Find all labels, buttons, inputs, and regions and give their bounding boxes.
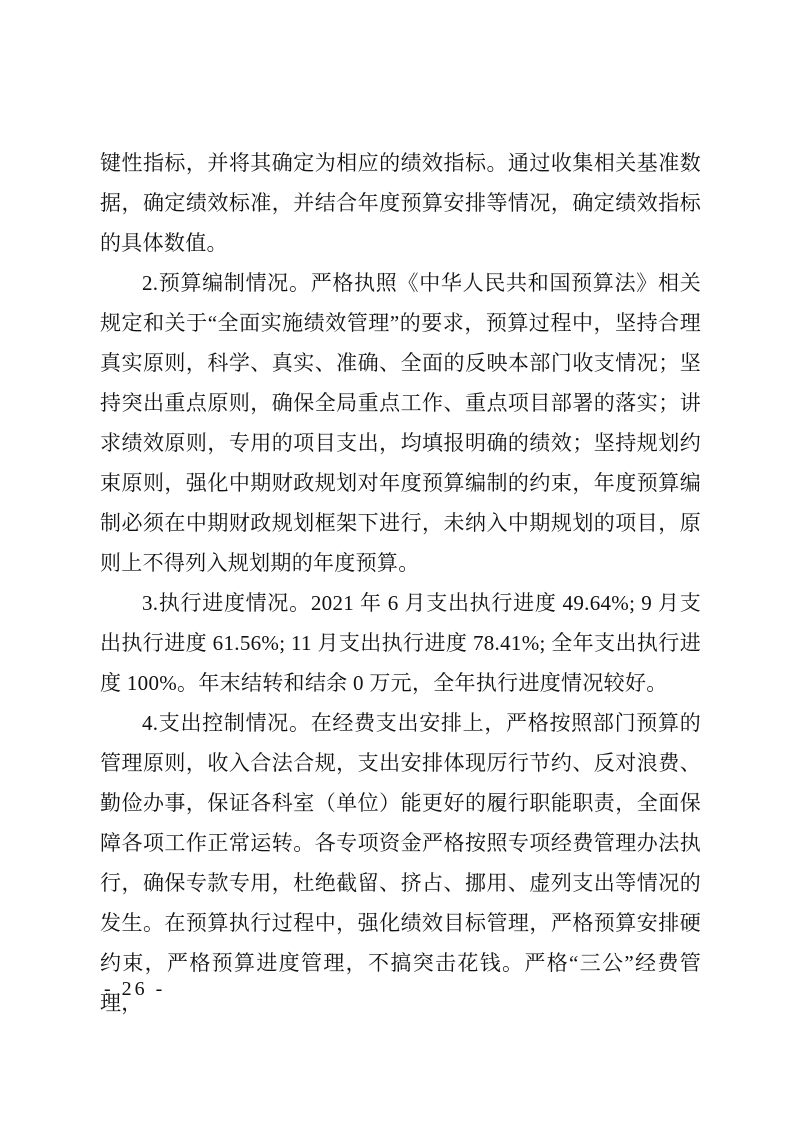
page-number: - 26 - — [104, 978, 165, 1001]
paragraph: 键性指标，并将其确定为相应的绩效指标。通过收集相关基准数据，确定绩效标准，并结合… — [100, 143, 701, 263]
document-body: 键性指标，并将其确定为相应的绩效指标。通过收集相关基准数据，确定绩效标准，并结合… — [100, 143, 701, 1023]
document-page: 键性指标，并将其确定为相应的绩效指标。通过收集相关基准数据，确定绩效标准，并结合… — [0, 0, 793, 1122]
paragraph: 4.支出控制情况。在经费支出安排上，严格按照部门预算的管理原则，收入合法合规，支… — [100, 703, 701, 1023]
paragraph: 3.执行进度情况。2021 年 6 月支出执行进度 49.64%; 9 月支出执… — [100, 583, 701, 703]
paragraph: 2.预算编制情况。严格执照《中华人民共和国预算法》相关规定和关于“全面实施绩效管… — [100, 263, 701, 583]
